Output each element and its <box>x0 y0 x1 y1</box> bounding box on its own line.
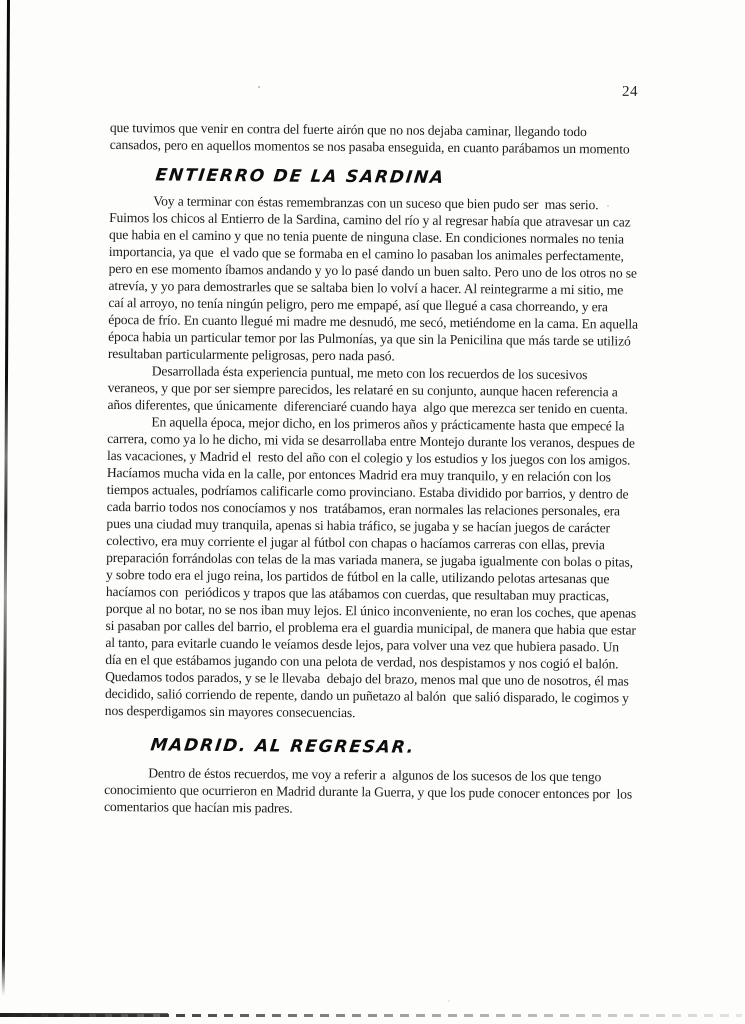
section-heading-entierro: ENTIERRO DE LA SARDINA <box>155 165 640 189</box>
section-heading-text: MADRID. AL REGRESAR. <box>149 735 416 757</box>
scan-speck <box>258 86 260 88</box>
paragraph: Dentro de éstos recuerdos, me voy a refe… <box>104 764 635 820</box>
scan-speck <box>448 1000 450 1002</box>
paragraph: Desarrollada ésta experiencia puntual, m… <box>107 362 638 418</box>
paragraph: Voy a terminar con éstas remembranzas co… <box>108 192 640 367</box>
section-heading-text: ENTIERRO DE LA SARDINA <box>154 165 446 188</box>
paragraph-continuation: que tuvimos que venir en contra del fuer… <box>110 119 641 158</box>
paragraph: En aquella época, mejor dicho, en los pr… <box>105 413 639 724</box>
page-number: 24 <box>622 84 662 101</box>
section-heading-madrid: MADRID. AL REGRESAR. <box>150 735 635 759</box>
document-body: que tuvimos que venir en contra del fuer… <box>104 119 641 820</box>
scan-edge-artifact <box>2 0 10 996</box>
scanned-document-page: 24 que tuvimos que venir en contra del f… <box>0 0 745 1024</box>
scan-bottom-artifact-dark <box>0 1013 168 1017</box>
